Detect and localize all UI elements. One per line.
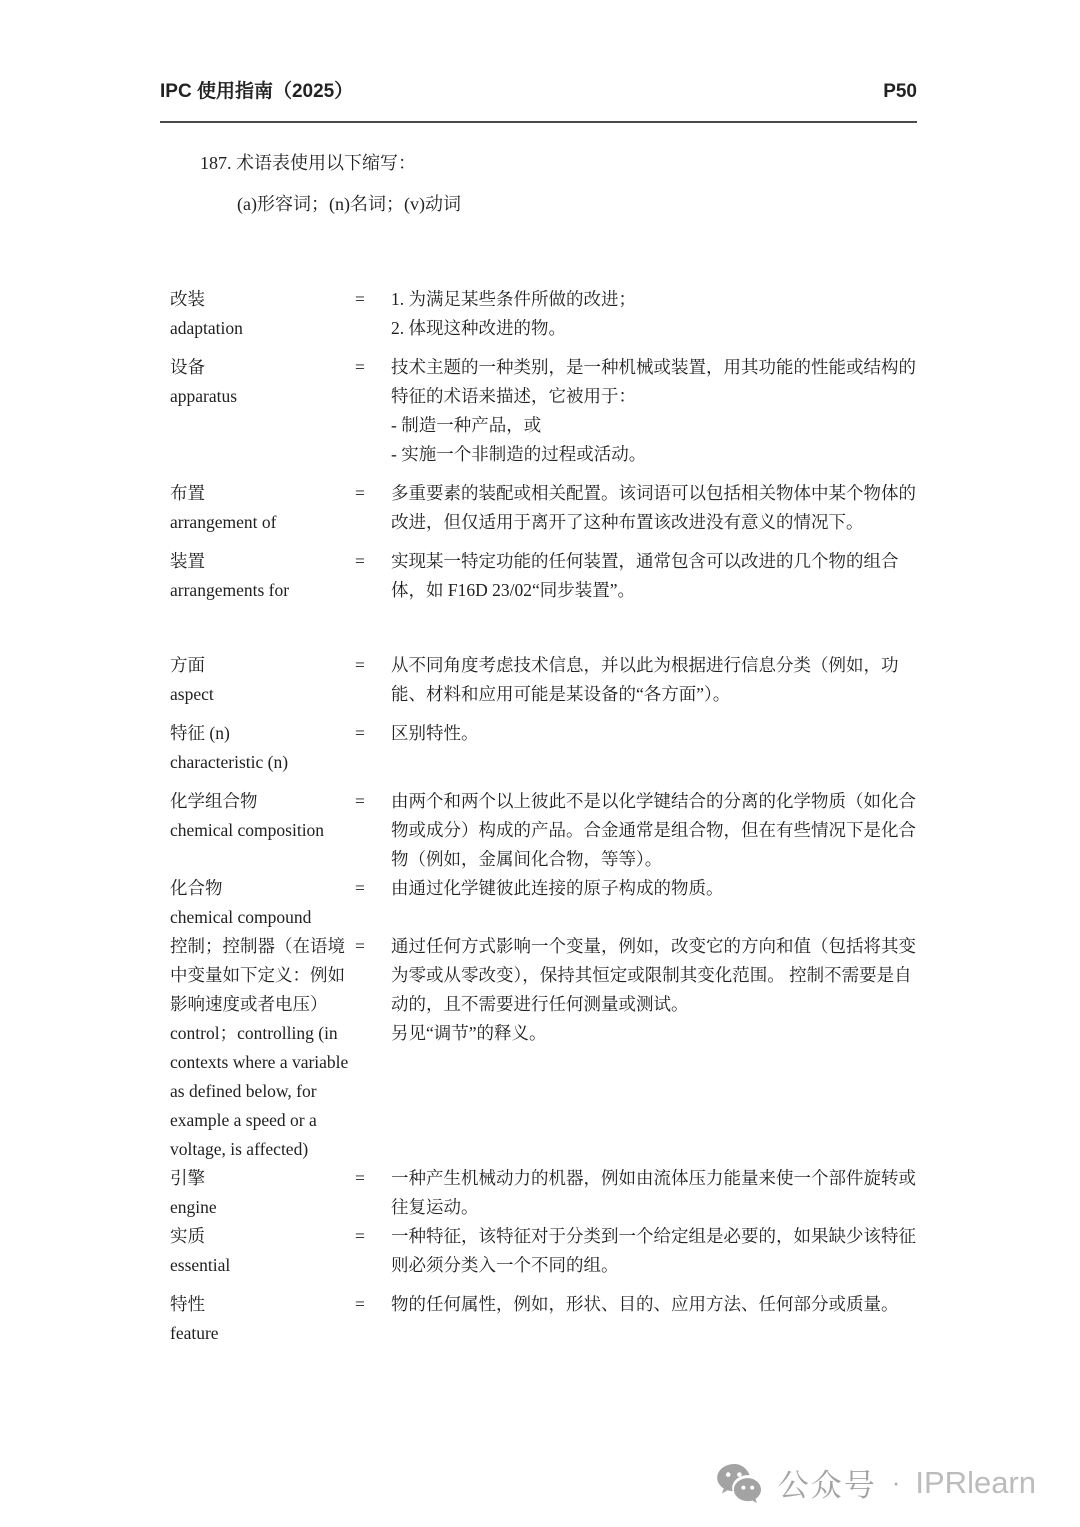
term-chinese: 装置 <box>170 547 355 576</box>
equals-sign: = <box>355 874 391 903</box>
glossary-entry: 控制；控制器（在语境中变量如下定义：例如影响速度或者电压） control；co… <box>170 932 917 1164</box>
page-number: P50 <box>883 81 917 103</box>
term-chinese: 引擎 <box>170 1164 355 1193</box>
term-chinese: 化学组合物 <box>170 787 355 816</box>
equals-sign: = <box>355 285 391 314</box>
term-english: apparatus <box>170 382 355 411</box>
equals-sign: = <box>355 651 391 680</box>
term-cell: 控制；控制器（在语境中变量如下定义：例如影响速度或者电压） control；co… <box>170 932 355 1164</box>
term-cell: 化学组合物 chemical composition <box>170 787 355 845</box>
equals-sign: = <box>355 479 391 508</box>
term-english: control；controlling (in contexts where a… <box>170 1019 355 1164</box>
glossary-entry: 特征 (n) characteristic (n) = 区别特性。 <box>170 719 917 777</box>
term-cell: 引擎 engine <box>170 1164 355 1222</box>
equals-sign: = <box>355 1290 391 1319</box>
term-english: arrangements for <box>170 576 355 605</box>
term-definition: 多重要素的装配或相关配置。该词语可以包括相关物体中某个物体的改进，但仅适用于离开… <box>391 479 917 537</box>
term-english: aspect <box>170 680 355 709</box>
term-chinese: 布置 <box>170 479 355 508</box>
term-english: adaptation <box>170 314 355 343</box>
term-definition: 实现某一特定功能的任何装置，通常包含可以改进的几个物的组合体，如 F16D 23… <box>391 547 917 605</box>
document-page: IPC 使用指南（2025） P50 187. 术语表使用以下缩写： (a)形容… <box>0 0 1080 1527</box>
term-english: essential <box>170 1251 355 1280</box>
term-english: chemical composition <box>170 816 355 845</box>
term-cell: 方面 aspect <box>170 651 355 709</box>
glossary-entry: 实质 essential = 一种特征，该特征对于分类到一个给定组是必要的，如果… <box>170 1222 917 1280</box>
term-cell: 布置 arrangement of <box>170 479 355 537</box>
term-cell: 设备 apparatus <box>170 353 355 411</box>
glossary-entry: 化合物 chemical compound = 由通过化学键彼此连接的原子构成的… <box>170 874 917 932</box>
equals-sign: = <box>355 1222 391 1251</box>
glossary-entry: 布置 arrangement of = 多重要素的装配或相关配置。该词语可以包括… <box>170 479 917 537</box>
term-chinese: 特性 <box>170 1290 355 1319</box>
term-cell: 实质 essential <box>170 1222 355 1280</box>
term-definition: 由两个和两个以上彼此不是以化学键结合的分离的化学物质（如化合物或成分）构成的产品… <box>391 787 917 874</box>
term-definition: 通过任何方式影响一个变量，例如，改变它的方向和值（包括将其变为零或从零改变），保… <box>391 932 917 1048</box>
term-cell: 特征 (n) characteristic (n) <box>170 719 355 777</box>
term-english: characteristic (n) <box>170 748 355 777</box>
term-definition: 一种特征，该特征对于分类到一个给定组是必要的，如果缺少该特征则必须分类入一个不同… <box>391 1222 917 1280</box>
term-english: chemical compound <box>170 903 355 932</box>
term-cell: 改装 adaptation <box>170 285 355 343</box>
term-definition: 1. 为满足某些条件所做的改进； 2. 体现这种改进的物。 <box>391 285 917 343</box>
term-chinese: 方面 <box>170 651 355 680</box>
term-chinese: 控制；控制器（在语境中变量如下定义：例如影响速度或者电压） <box>170 932 355 1019</box>
glossary-entry: 引擎 engine = 一种产生机械动力的机器，例如由流体压力能量来使一个部件旋… <box>170 1164 917 1222</box>
paragraph-187: 187. 术语表使用以下缩写： <box>160 149 917 178</box>
term-cell: 化合物 chemical compound <box>170 874 355 932</box>
glossary-entry: 化学组合物 chemical composition = 由两个和两个以上彼此不… <box>170 787 917 874</box>
footer-label: 公众号 <box>778 1460 877 1505</box>
equals-sign: = <box>355 787 391 816</box>
term-cell: 装置 arrangements for <box>170 547 355 605</box>
term-definition: 从不同角度考虑技术信息，并以此为根据进行信息分类（例如，功能、材料和应用可能是某… <box>391 651 917 709</box>
footer-separator: · <box>890 1467 903 1498</box>
header-divider <box>160 121 917 123</box>
equals-sign: = <box>355 547 391 576</box>
abbreviation-note: (a)形容词；(n)名词；(v)动词 <box>160 190 917 219</box>
term-definition: 一种产生机械动力的机器，例如由流体压力能量来使一个部件旋转或往复运动。 <box>391 1164 917 1222</box>
term-chinese: 实质 <box>170 1222 355 1251</box>
term-definition: 技术主题的一种类别，是一种机械或装置，用其功能的性能或结构的特征的术语来描述，它… <box>391 353 917 469</box>
footer-account: IPRlearn <box>915 1465 1036 1501</box>
glossary-entry: 方面 aspect = 从不同角度考虑技术信息，并以此为根据进行信息分类（例如，… <box>170 651 917 709</box>
wechat-icon <box>715 1462 765 1504</box>
term-english: engine <box>170 1193 355 1222</box>
term-definition: 区别特性。 <box>391 719 917 748</box>
footer-watermark: 公众号 · IPRlearn <box>715 1460 1036 1505</box>
glossary-entry: 设备 apparatus = 技术主题的一种类别，是一种机械或装置，用其功能的性… <box>170 353 917 469</box>
term-english: arrangement of <box>170 508 355 537</box>
term-english: feature <box>170 1319 355 1348</box>
page-header: IPC 使用指南（2025） P50 <box>160 76 917 103</box>
term-chinese: 特征 (n) <box>170 719 355 748</box>
header-title: IPC 使用指南（2025） <box>160 76 353 103</box>
equals-sign: = <box>355 932 391 961</box>
term-cell: 特性 feature <box>170 1290 355 1348</box>
term-definition: 由通过化学键彼此连接的原子构成的物质。 <box>391 874 917 903</box>
term-chinese: 改装 <box>170 285 355 314</box>
equals-sign: = <box>355 1164 391 1193</box>
glossary-list: 改装 adaptation = 1. 为满足某些条件所做的改进； 2. 体现这种… <box>160 285 917 1348</box>
glossary-entry: 改装 adaptation = 1. 为满足某些条件所做的改进； 2. 体现这种… <box>170 285 917 343</box>
glossary-entry: 特性 feature = 物的任何属性，例如，形状、目的、应用方法、任何部分或质… <box>170 1290 917 1348</box>
term-chinese: 设备 <box>170 353 355 382</box>
glossary-entry: 装置 arrangements for = 实现某一特定功能的任何装置，通常包含… <box>170 547 917 605</box>
page-content: IPC 使用指南（2025） P50 187. 术语表使用以下缩写： (a)形容… <box>0 0 1080 1348</box>
equals-sign: = <box>355 719 391 748</box>
term-definition: 物的任何属性，例如，形状、目的、应用方法、任何部分或质量。 <box>391 1290 917 1319</box>
term-chinese: 化合物 <box>170 874 355 903</box>
equals-sign: = <box>355 353 391 382</box>
